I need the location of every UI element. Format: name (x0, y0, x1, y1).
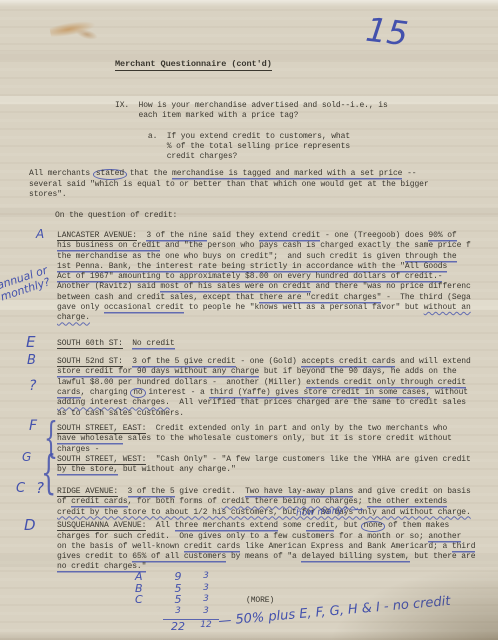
text-line: SUSQUEHANNA AVENUE: All three merchants … (57, 521, 475, 532)
stain-mark (75, 27, 99, 41)
text-line: charges for such credit. One gives only … (57, 532, 475, 542)
text-segment: by means of "a (226, 552, 301, 561)
margin-letter-lancaster: A (36, 227, 44, 241)
text-segment: credit (306, 521, 334, 530)
text-segment: extend credit (259, 231, 320, 240)
paragraph-south-street-east: SOUTH STREET, EAST: Credit extended only… (57, 424, 452, 455)
text-segment: third (452, 542, 476, 551)
text-line: Act of 1967" amounting to approximately … (57, 272, 471, 282)
text-segment: All verified that prices charged are the… (170, 398, 466, 407)
text-segment: Credit extended only in part and only by… (146, 424, 447, 433)
text-segment: give credit. (175, 487, 246, 496)
text-segment: - one (Treegoob) does (320, 231, 428, 240)
more-label: (MORE) (246, 596, 274, 606)
text-segment: several said "which is equal to or bette… (29, 180, 429, 189)
text-segment: some (278, 521, 306, 530)
text-line: adding interest charges. All verified th… (57, 398, 471, 408)
text-line: a. If you extend credit to customers, wh… (115, 132, 388, 142)
text-segment: the other extends (367, 497, 447, 506)
text-segment: credit by the store to about 1/2 his cus… (57, 508, 471, 517)
text-segment: - The third (Sega (381, 293, 470, 302)
tally-col1: 3 (163, 606, 193, 618)
tally-row: A 9 3 (135, 571, 219, 583)
text-segment: "Cash Only" - "A few large customers lik… (146, 455, 470, 464)
text-line: credit by the store to about 1/2 his cus… (57, 508, 471, 518)
text-segment: delayed billing system, (301, 552, 409, 561)
text-segment: without (430, 388, 468, 397)
text-segment: there are "credit charges" (259, 293, 381, 302)
text-segment: IX. How is your merchandise advertised a… (115, 101, 388, 110)
text-segment: through the (405, 252, 457, 261)
page-title-text: Merchant Questionnaire (cont'd) (115, 59, 272, 71)
text-segment: credit cards (184, 542, 240, 551)
tally-col1: 9 (163, 571, 193, 583)
intro-paragraph: All merchants stated that the merchandis… (29, 169, 429, 200)
text-segment: merchandise is tagged and marked with a … (172, 169, 402, 178)
text-line: have wholesale sales to the wholesale cu… (57, 434, 452, 444)
tally-col2: 3 (193, 606, 219, 618)
text-segment: lawful $8.00 per hundred dollars - anoth… (57, 378, 306, 387)
text-line: cards, charging no interest - a third (Y… (57, 388, 471, 399)
text-line: IX. How is your merchandise advertised a… (115, 101, 388, 111)
text-line: as to cash sales customers. (57, 409, 471, 419)
tally-total-1: 22 (163, 619, 193, 633)
text-line: LANCASTER AVENUE: 3 of the nine said the… (57, 231, 471, 241)
text-segment: the merchandise as the one who buys on c… (57, 252, 405, 261)
text-segment: 65% of all customers (132, 552, 226, 561)
text-segment: have wholesale (57, 434, 123, 443)
text-segment: adding interest charges. (57, 398, 170, 407)
text-segment: RIDGE AVENUE: (57, 487, 118, 497)
text-line: by the store, but without any charge." (57, 465, 471, 475)
text-segment: store credit for 90 days without any cha… (57, 367, 259, 376)
stain-mark (49, 18, 97, 39)
scan-top-edge (0, 0, 498, 7)
text-segment: without an (424, 303, 471, 312)
text-segment: 3 of the 5 (128, 487, 175, 496)
text-segment (123, 357, 132, 366)
text-segment: LANCASTER AVENUE: (57, 231, 137, 241)
text-segment: 3 of the 5 give credit (132, 357, 235, 366)
text-line (115, 122, 388, 132)
text-segment: Another (Ravitz) said (57, 282, 160, 291)
text-line: stores". (29, 190, 429, 200)
text-segment: but without any charge." (118, 465, 236, 474)
text-segment: sales to the wholesale customers only, b… (123, 434, 452, 443)
text-segment: charge. (57, 313, 90, 322)
margin-letter-south52: B (27, 353, 36, 368)
text-segment: gave only (57, 303, 104, 312)
text-segment (118, 487, 127, 496)
text-segment (137, 231, 146, 240)
tally-totals-row: 22 12 (135, 619, 219, 633)
text-line: credit charges? (115, 152, 388, 162)
text-segment: All merchants (29, 169, 95, 178)
tally-col1: 5 (163, 594, 193, 606)
text-segment: stated (93, 169, 127, 180)
text-segment: -- (402, 169, 416, 178)
text-segment: charges for such credit. One gives only … (57, 532, 428, 541)
text-segment: but there are (410, 552, 476, 561)
text-segment: credit there being no charges (222, 497, 358, 506)
tally-letter: C (135, 594, 163, 606)
text-segment: 90% of (428, 231, 456, 240)
text-segment: occasional credit (104, 303, 184, 312)
text-segment: but if beyond the 90 days, he adds on th… (259, 367, 456, 376)
paragraph-south-street-west: SOUTH STREET, WEST: "Cash Only" - "A few… (57, 455, 471, 476)
text-line: All merchants stated that the merchandis… (29, 169, 429, 180)
text-segment: SOUTH STREET, EAST: (57, 424, 146, 434)
text-segment: to people he "knows well as a personal f… (184, 303, 424, 312)
text-line: Another (Ravitz) said most of his sales … (57, 282, 471, 292)
tally-col2: 3 (193, 583, 219, 595)
text-line: gave only occasional credit to people he… (57, 303, 471, 313)
paragraph-susquehanna-avenue: SUSQUEHANNA AVENUE: All three merchants … (57, 521, 475, 573)
tally-col2: 3 (193, 571, 219, 583)
text-segment: none (361, 521, 386, 532)
paragraph-south-52nd-st: SOUTH 52nd ST: 3 of the 5 give credit - … (57, 357, 471, 419)
text-segment: of (57, 497, 71, 506)
text-line: store credit for 90 days without any cha… (57, 367, 471, 377)
paragraph-ridge-avenue: RIDGE AVENUE: 3 of the 5 give credit. Tw… (57, 487, 471, 518)
text-segment: a. If you extend credit to customers, wh… (115, 132, 350, 141)
tally-letter: A (135, 571, 163, 583)
credit-question-heading: On the question of credit: (55, 211, 177, 221)
text-segment: Act of 1967" amounting to approximately … (57, 272, 442, 281)
text-segment: 3 of the nine (146, 231, 207, 240)
text-line: several said "which is equal to or bette… (29, 180, 429, 190)
question-ix-block: IX. How is your merchandise advertised a… (115, 101, 388, 163)
text-segment: gives credit to (57, 552, 132, 561)
tally-row: C 5 3 (135, 594, 219, 606)
text-line: each item marked with a price tag? (115, 111, 388, 121)
arrow-icon: ⟶ (347, 505, 363, 516)
text-segment: said they (207, 231, 259, 240)
text-segment: his business on credit (57, 241, 160, 250)
text-line: % of the total selling price represents (115, 142, 388, 152)
text-line: RIDGE AVENUE: 3 of the 5 give credit. Tw… (57, 487, 471, 497)
page-number-handwritten: 15 (364, 10, 410, 54)
text-line: of credit cards, for both forms of credi… (57, 497, 471, 507)
text-segment: Two have lay-away plans (245, 487, 353, 496)
tally-total-2: 12 (193, 619, 219, 633)
text-segment: % of the total selling price represents (115, 142, 350, 151)
text-segment: No credit (132, 339, 174, 348)
scanned-document-page: 15 Merchant Questionnaire (cont'd) IX. H… (0, 0, 498, 640)
tally-col2: 3 (193, 594, 219, 606)
margin-letter-ridge: C (16, 481, 25, 496)
tally-table: A 9 3 B 5 3 C 5 3 3 3 22 12 (135, 571, 219, 633)
text-segment: and will extend (395, 357, 470, 366)
more-label-text: (MORE) (246, 596, 274, 605)
tally-row: 3 3 (135, 606, 219, 618)
scan-bottom-edge (0, 631, 498, 640)
page-title: Merchant Questionnaire (cont'd) (115, 59, 272, 69)
text-segment: 1st Penna. Bank, the interest rate being… (57, 262, 447, 271)
tally-letter (135, 606, 163, 618)
text-segment: as to cash sales customers. (57, 409, 184, 418)
text-segment: by the store, (57, 465, 118, 474)
text-segment: interest - a (144, 388, 210, 397)
margin-question-mark-ridge: ? (36, 479, 44, 497)
credit-question-heading-text: On the question of credit: (55, 211, 177, 220)
text-segment: - one (Gold) (236, 357, 302, 366)
text-segment: like American Express and Bank Americard… (240, 542, 452, 551)
text-segment: cards (57, 388, 81, 397)
text-segment: charges - (57, 445, 99, 454)
text-segment: , but (334, 521, 362, 530)
text-segment: and "the person who pays cash is charged… (160, 241, 470, 250)
text-segment: each item marked with a price tag? (115, 111, 298, 120)
text-line: SOUTH STREET, EAST: Credit extended only… (57, 424, 452, 434)
margin-letter-south-street-west: G (22, 450, 31, 464)
text-segment: that the (125, 169, 172, 178)
margin-note-annual-monthly: annual or monthly? (0, 265, 53, 304)
text-segment: SOUTH 52nd ST: (57, 357, 123, 367)
text-segment: no credit charges." (57, 562, 146, 571)
margin-question-mark-south52: ? (29, 378, 36, 394)
paragraph-lancaster-avenue: LANCASTER AVENUE: 3 of the nine said the… (57, 231, 471, 324)
text-segment: between cash and credit sales, except th… (57, 293, 259, 302)
text-segment: and there "was no price differenc (311, 282, 471, 291)
text-segment: stores". (29, 190, 67, 199)
text-segment: three merchants extend (175, 521, 278, 530)
text-segment: of them makes (383, 521, 449, 530)
margin-letter-susquehanna: D (24, 516, 36, 534)
text-line: SOUTH 52nd ST: 3 of the 5 give credit - … (57, 357, 471, 367)
text-segment: third (Yaffe) gives store credit in some… (209, 388, 430, 397)
margin-letter-south-street-east: F (29, 418, 37, 434)
text-line: between cash and credit sales, except th… (57, 293, 471, 303)
text-line: SOUTH STREET, WEST: "Cash Only" - "A few… (57, 455, 471, 465)
text-segment: credit cards (71, 497, 127, 506)
tally-totals-spacer (135, 619, 163, 633)
text-line: his business on credit and "the person w… (57, 241, 471, 251)
text-segment: credit charges? (115, 152, 237, 161)
text-segment: , charging (81, 388, 133, 397)
text-segment: on the basis of well-known (57, 542, 184, 551)
text-segment: most of his sales were on credit (160, 282, 310, 291)
text-segment: and give credit on basis (353, 487, 471, 496)
text-line: 1st Penna. Bank, the interest rate being… (57, 262, 471, 272)
text-line: charges - (57, 445, 452, 455)
text-segment: accepts credit cards (301, 357, 395, 366)
text-line: no credit charges." (57, 562, 475, 572)
text-line: on the basis of well-known credit cards … (57, 542, 475, 552)
text-line: charge. (57, 313, 471, 323)
margin-letter-south60: E (26, 333, 35, 351)
text-segment: SOUTH STREET, WEST: (57, 455, 146, 465)
text-segment: another (428, 532, 461, 541)
text-line: SOUTH 60th ST: No credit (57, 339, 175, 349)
text-line: gives credit to 65% of all customers by … (57, 552, 475, 562)
text-line: lawful $8.00 per hundred dollars - anoth… (57, 378, 471, 388)
text-segment: SOUTH 60th ST: (57, 339, 123, 349)
paragraph-south-60th-st: SOUTH 60th ST: No credit (57, 339, 175, 349)
text-segment: All (146, 521, 174, 530)
text-segment: SUSQUEHANNA AVENUE: (57, 521, 146, 531)
text-line: the merchandise as the one who buys on c… (57, 252, 471, 262)
text-segment (123, 339, 132, 348)
text-segment: , for both forms of (128, 497, 222, 506)
text-segment: extends credit only through credit (306, 378, 466, 387)
